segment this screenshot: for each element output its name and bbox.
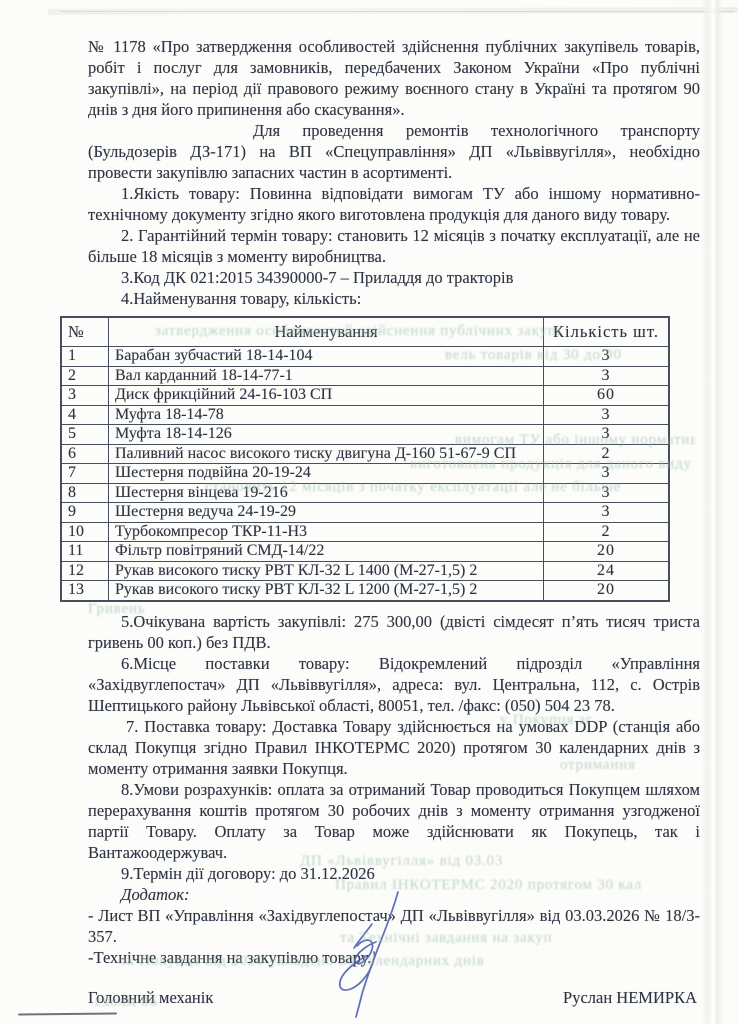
row-number: 9 [61, 503, 109, 523]
row-number: 10 [61, 522, 109, 542]
bleed-through-ghost-text: виготовлена продукція для даного виду то… [410, 456, 695, 473]
row-number: 3 [61, 386, 109, 406]
bleed-through-ghost-text: затвердження особливостей здійснення пуб… [155, 323, 562, 340]
bleed-through-ghost-text: вель товарів від 30 до 90 [445, 347, 622, 364]
table-row: 12Рукав високого тиску РВТ КЛ-32 L 1400 … [61, 561, 669, 581]
bleed-through-ghost-text: Правил ІНКОТЕРМС 2020 протягом 30 кал [335, 877, 642, 894]
bleed-through-ghost-text: ДП «Львіввугілля» від 03.03 [300, 853, 503, 870]
table-row: 4Муфта 18-14-783 [61, 405, 669, 425]
row-number: 6 [61, 444, 109, 464]
scan-top-edge-line [60, 11, 734, 12]
signer-name: Руслан НЕМИРКА [563, 987, 697, 1008]
item-name: Турбокомпресор ТКР-11-Н3 [109, 522, 544, 542]
scan-bottom-edge-line [18, 1012, 117, 1015]
row-number: 7 [61, 464, 109, 484]
row-number: 2 [61, 366, 109, 386]
table-row: 11Фільтр повітряний СМД-14/2220 [61, 542, 669, 562]
item-quantity: 3 [544, 366, 670, 386]
row-number: 12 [61, 561, 109, 581]
table-row: 3Диск фрикційний 24-16-103 СП60 [61, 386, 669, 406]
item-quantity: 3 [544, 405, 670, 425]
item-name: Вал карданний 18-14-77-1 [109, 366, 544, 386]
item-name: Муфта 18-14-78 [109, 405, 544, 425]
item-name: Шестерня ведуча 24-19-29 [109, 503, 544, 523]
paragraph-warranty: 2. Гарантійний термін товару: становить … [88, 225, 700, 267]
paragraph-expected-cost: 5.Очікувана вартість закупівлі: 275 300,… [88, 611, 700, 653]
table-row: 9Шестерня ведуча 24-19-293 [61, 503, 669, 523]
items-table-body: 1Барабан зубчастий 18-14-10432Вал кардан… [61, 347, 669, 601]
bleed-through-ghost-text: становить 12 місяців з початку експлуата… [205, 479, 621, 496]
row-number: 4 [61, 405, 109, 425]
bleed-through-ghost-text: зк Покупця від 2020 укладено 30 календар… [120, 953, 485, 970]
item-name: Рукав високого тиску РВТ КЛ-32 L 1200 (М… [109, 581, 544, 601]
row-number: 8 [61, 483, 109, 503]
bleed-through-ghost-text: отримання [560, 757, 636, 774]
paragraph-delivery-place: 6.Місце поставки товару: Відокремлений п… [88, 653, 700, 716]
bleed-through-ghost-text: у Покупця зг [500, 712, 593, 729]
row-number: 1 [61, 347, 109, 367]
item-quantity: 24 [544, 561, 670, 581]
table-row: 10Турбокомпресор ТКР-11-Н32 [61, 522, 669, 542]
item-quantity: 20 [544, 581, 670, 601]
header-quantity: Кількість шт. [544, 317, 670, 347]
bleed-through-ghost-text: та Технічні завдання на закуп [340, 930, 553, 947]
bleed-through-ghost-text: Гривень [88, 601, 145, 618]
bleed-through-ghost-text: вимогам ТУ або іншому нормативн [455, 432, 695, 449]
table-row: 2Вал карданний 18-14-77-13 [61, 366, 669, 386]
paragraph-purpose: Для проведення ремонтів технологічного т… [88, 120, 700, 183]
paragraph-payment-terms: 8.Умови розрахунків: оплата за отриманий… [88, 779, 700, 863]
page-fold-right-edge [701, 0, 723, 1024]
item-name: Фільтр повітряний СМД-14/22 [109, 542, 544, 562]
table-row: 13Рукав високого тиску РВТ КЛ-32 L 1200 … [61, 581, 669, 601]
scanned-document-page: № 1178 «Про затвердження особливостей зд… [0, 0, 738, 1024]
paragraph-order-reference: № 1178 «Про затвердження особливостей зд… [88, 36, 700, 120]
row-number: 11 [61, 542, 109, 562]
row-number: 5 [61, 425, 109, 445]
item-quantity: 3 [544, 503, 670, 523]
header-number: № [61, 317, 109, 347]
signature-row: Головний механік Руслан НЕМИРКА [88, 987, 700, 1008]
row-number: 13 [61, 581, 109, 601]
item-quantity: 60 [544, 386, 670, 406]
item-name: Рукав високого тиску РВТ КЛ-32 L 1400 (М… [109, 561, 544, 581]
item-quantity: 2 [544, 522, 670, 542]
paragraph-items-intro: 4.Найменування товару, кількість: [88, 288, 700, 309]
paragraph-quality: 1.Якість товару: Повинна відповідати вим… [88, 183, 700, 225]
item-quantity: 20 [544, 542, 670, 562]
item-name: Диск фрикційний 24-16-103 СП [109, 386, 544, 406]
bleed-through-ghost-text: схолм 86 [95, 994, 158, 1011]
paragraph-dk-code: 3.Код ДК 021:2015 34390000-7 – Приладдя … [88, 267, 700, 288]
